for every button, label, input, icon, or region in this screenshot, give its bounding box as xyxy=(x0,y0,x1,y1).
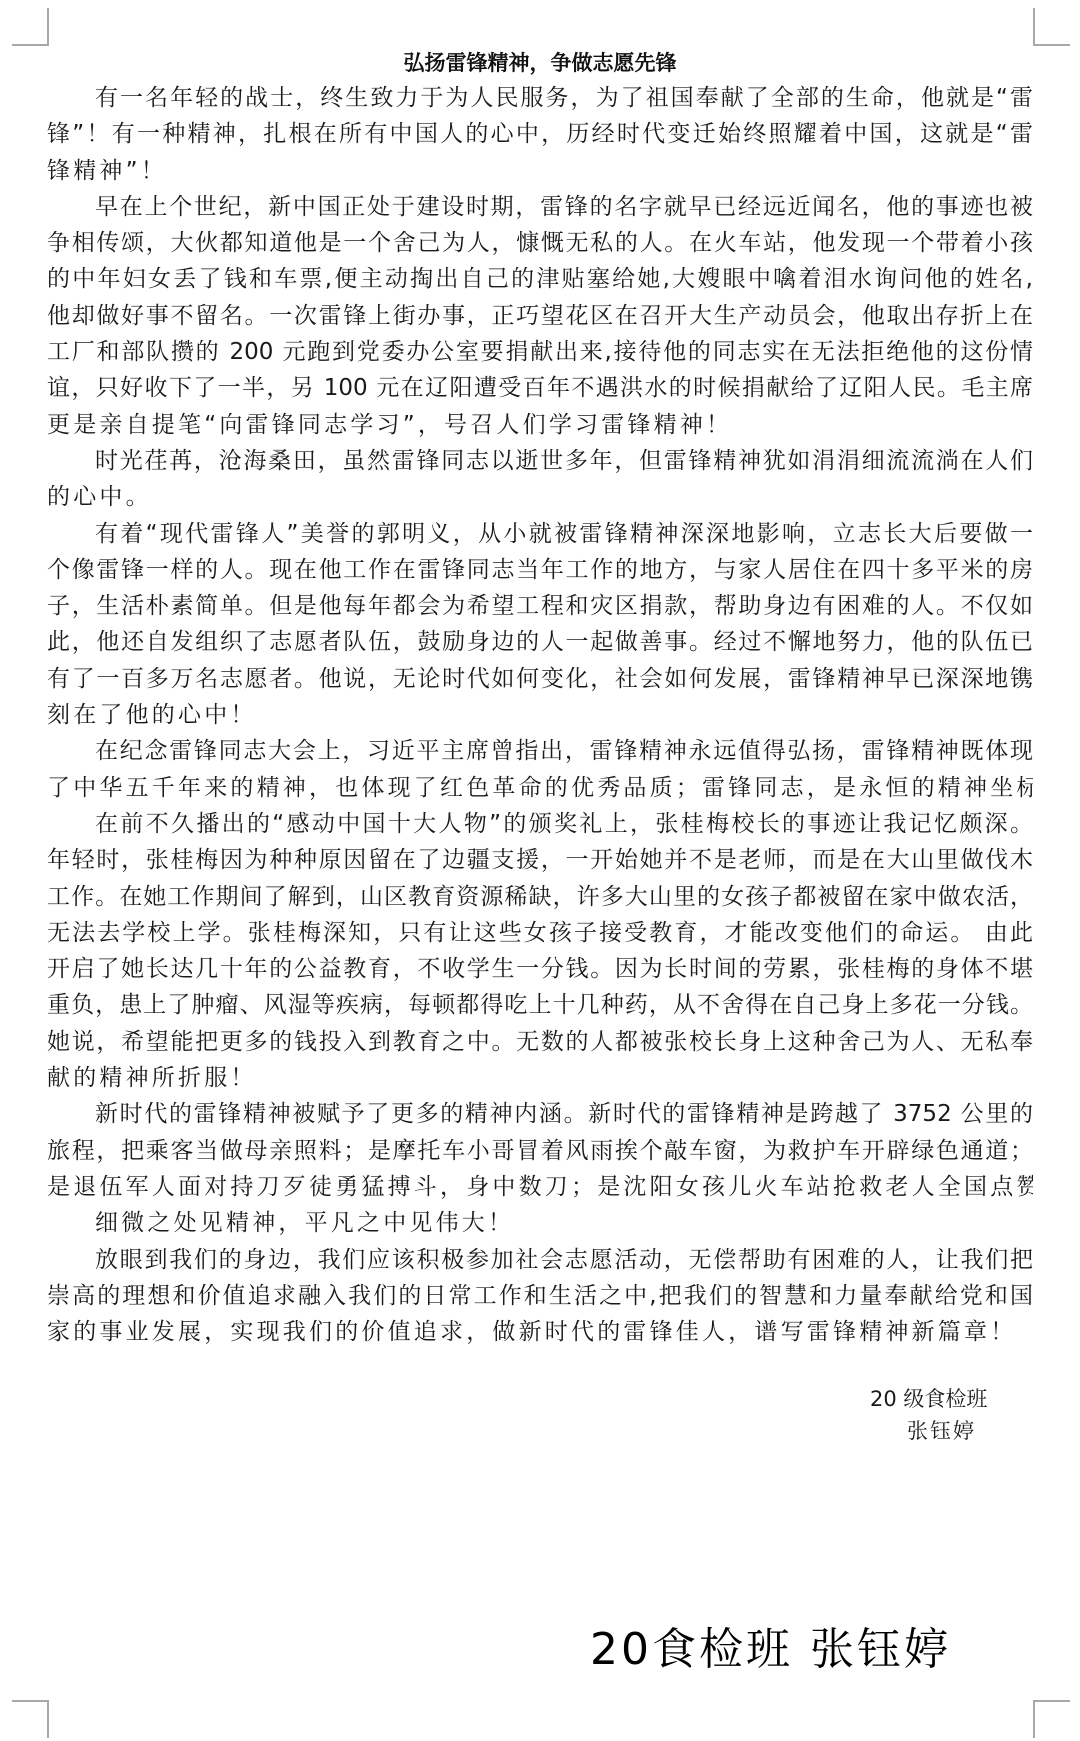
text-line: 有着“现代雷锋人”美誉的郭明义，从小就被雷锋精神深深地影响，立志长大后要做一 xyxy=(47,516,1033,552)
text-line: 有一名年轻的战士，终生致力于为人民服务，为了祖国奉献了全部的生命，他就是“雷 xyxy=(47,80,1033,116)
text-line: 放眼到我们的身边，我们应该积极参加社会志愿活动，无偿帮助有困难的人，让我们把 xyxy=(47,1242,1033,1278)
signature-class: 20 级食检班 xyxy=(870,1383,987,1415)
text-line: 是退伍军人面对持刀歹徒勇猛搏斗，身中数刀；是沈阳女孩儿火车站抢救老人全国点赞。 xyxy=(47,1169,1033,1205)
handwritten-signature: 20食检班 张钰婷 xyxy=(590,1622,951,1678)
text-line: 新时代的雷锋精神被赋予了更多的精神内涵。新时代的雷锋精神是跨越了 3752 公里… xyxy=(47,1096,1033,1132)
text-line: 了中华五千年来的精神，也体现了红色革命的优秀品质；雷锋同志，是永恒的精神坐标！ xyxy=(47,770,1033,806)
document-title: 弘扬雷锋精神，争做志愿先锋 xyxy=(47,46,1033,80)
signature-author: 张钰婷 xyxy=(907,1415,976,1447)
paragraph-1: 有一名年轻的战士，终生致力于为人民服务，为了祖国奉献了全部的生命，他就是“雷 锋… xyxy=(47,80,1033,189)
crop-mark-top-left xyxy=(12,8,49,46)
document-page: 弘扬雷锋精神，争做志愿先锋 有一名年轻的战士，终生致力于为人民服务，为了祖国奉献… xyxy=(47,44,1033,1350)
text-line: 有了一百多万名志愿者。他说，无论时代如何变化，社会如何发展，雷锋精神早已深深地镌 xyxy=(47,661,1033,697)
paragraph-4: 有着“现代雷锋人”美誉的郭明义，从小就被雷锋精神深深地影响，立志长大后要做一 个… xyxy=(47,516,1033,734)
text-line: 的心中。 xyxy=(47,479,1033,515)
paragraph-9: 放眼到我们的身边，我们应该积极参加社会志愿活动，无偿帮助有困难的人，让我们把 崇… xyxy=(47,1242,1033,1351)
text-line: 在前不久播出的“感动中国十大人物”的颁奖礼上，张桂梅校长的事迹让我记忆颇深。 xyxy=(47,806,1033,842)
text-line: 工作。在她工作期间了解到，山区教育资源稀缺，许多大山里的女孩子都被留在家中做农活… xyxy=(47,879,1033,915)
text-line: 他却做好事不留名。一次雷锋上街办事，正巧望花区在召开大生产动员会，他取出存折上在 xyxy=(47,298,1033,334)
text-line: 细微之处见精神，平凡之中见伟大！ xyxy=(47,1205,1033,1241)
text-line: 无法去学校上学。张桂梅深知，只有让这些女孩子接受教育，才能改变他们的命运。 由此 xyxy=(47,915,1033,951)
text-line: 个像雷锋一样的人。现在他工作在雷锋同志当年工作的地方，与家人居住在四十多平米的房 xyxy=(47,552,1033,588)
paragraph-5: 在纪念雷锋同志大会上，习近平主席曾指出，雷锋精神永远值得弘扬，雷锋精神既体现 了… xyxy=(47,733,1033,806)
text-line: 争相传颂，大伙都知道他是一个舍己为人，慷慨无私的人。在火车站，他发现一个带着小孩 xyxy=(47,225,1033,261)
text-line: 早在上个世纪，新中国正处于建设时期，雷锋的名字就早已经远近闻名，他的事迹也被 xyxy=(47,189,1033,225)
paragraph-6: 在前不久播出的“感动中国十大人物”的颁奖礼上，张桂梅校长的事迹让我记忆颇深。 年… xyxy=(47,806,1033,1096)
text-line: 重负，患上了肿瘤、风湿等疾病，每顿都得吃上十几种药，从不舍得在自己身上多花一分钱… xyxy=(47,987,1033,1023)
text-line: 锋”！有一种精神，扎根在所有中国人的心中，历经时代变迁始终照耀着中国，这就是“雷 xyxy=(47,116,1033,152)
text-line: 谊，只好收下了一半，另 100 元在辽阳遭受百年不遇洪水的时候捐献给了辽阳人民。… xyxy=(47,370,1033,406)
text-line: 更是亲自提笔“向雷锋同志学习”，号召人们学习雷锋精神！ xyxy=(47,407,1033,443)
text-line: 锋精神”！ xyxy=(47,153,1033,189)
text-line: 旅程，把乘客当做母亲照料；是摩托车小哥冒着风雨挨个敲车窗，为救护车开辟绿色通道； xyxy=(47,1133,1033,1169)
text-line: 此，他还自发组织了志愿者队伍，鼓励身边的人一起做善事。经过不懈地努力，他的队伍已 xyxy=(47,624,1033,660)
paragraph-3: 时光荏苒，沧海桑田，虽然雷锋同志以逝世多年，但雷锋精神犹如涓涓细流流淌在人们 的… xyxy=(47,443,1033,516)
text-line: 她说，希望能把更多的钱投入到教育之中。无数的人都被张校长身上这种舍己为人、无私奉 xyxy=(47,1024,1033,1060)
text-line: 子，生活朴素简单。但是他每年都会为希望工程和灾区捐款，帮助身边有困难的人。不仅如 xyxy=(47,588,1033,624)
crop-mark-bottom-left xyxy=(12,1700,49,1738)
text-line: 家的事业发展，实现我们的价值追求，做新时代的雷锋佳人，谱写雷锋精神新篇章！ xyxy=(47,1314,1033,1350)
text-line: 时光荏苒，沧海桑田，虽然雷锋同志以逝世多年，但雷锋精神犹如涓涓细流流淌在人们 xyxy=(47,443,1033,479)
crop-mark-bottom-right xyxy=(1033,1700,1070,1738)
text-line: 刻在了他的心中！ xyxy=(47,697,1033,733)
text-line: 在纪念雷锋同志大会上，习近平主席曾指出，雷锋精神永远值得弘扬，雷锋精神既体现 xyxy=(47,733,1033,769)
text-line: 开启了她长达几十年的公益教育，不收学生一分钱。因为长时间的劳累，张桂梅的身体不堪 xyxy=(47,951,1033,987)
text-line: 工厂和部队攒的 200 元跑到党委办公室要捐献出来,接待他的同志实在无法拒绝他的… xyxy=(47,334,1033,370)
text-line: 的中年妇女丢了钱和车票,便主动掏出自己的津贴塞给她,大嫂眼中噙着泪水询问他的姓名… xyxy=(47,261,1033,297)
text-line: 献的精神所折服！ xyxy=(47,1060,1033,1096)
paragraph-8: 细微之处见精神，平凡之中见伟大！ xyxy=(47,1205,1033,1241)
text-line: 年轻时，张桂梅因为种种原因留在了边疆支援，一开始她并不是老师，而是在大山里做伐木 xyxy=(47,842,1033,878)
crop-mark-top-right xyxy=(1033,8,1070,46)
text-line: 崇高的理想和价值追求融入我们的日常工作和生活之中,把我们的智慧和力量奉献给党和国 xyxy=(47,1278,1033,1314)
paragraph-2: 早在上个世纪，新中国正处于建设时期，雷锋的名字就早已经远近闻名，他的事迹也被 争… xyxy=(47,189,1033,443)
paragraph-7: 新时代的雷锋精神被赋予了更多的精神内涵。新时代的雷锋精神是跨越了 3752 公里… xyxy=(47,1096,1033,1205)
